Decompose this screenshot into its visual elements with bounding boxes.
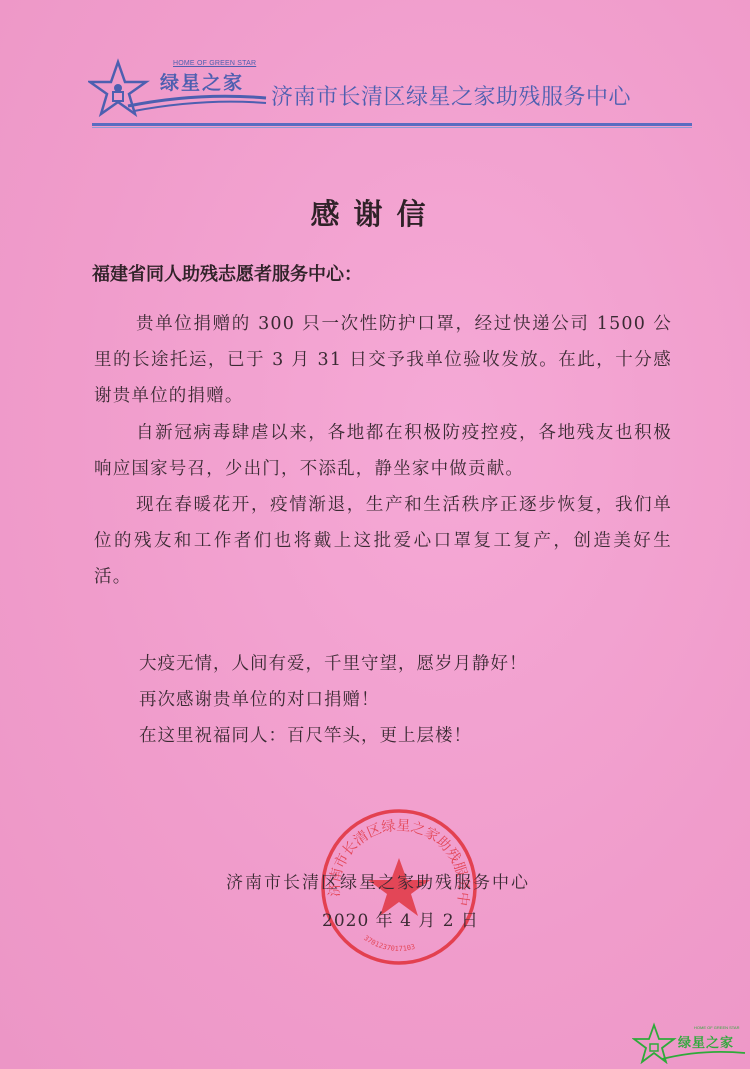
signature-date: 2020 年 4 月 2 日 [322,906,479,931]
watermark-swoosh-icon [632,1022,747,1064]
signature-organization: 济南市长清区绿星之家助残服务中心 [226,868,530,893]
closing-line: 大疫无情，人间有爱，千里守望，愿岁月静好！ [139,646,528,682]
paragraph: 贵单位捐赠的 300 只一次性防护口罩，经过快递公司 1500 公里的长途托运，… [94,306,672,415]
paragraph: 现在春暖花开，疫情渐退，生产和生活秩序正逐步恢复，我们单位的残友和工作者们也将戴… [94,487,672,596]
letterhead: HOME OF GREEN STAR 绿星之家 济南市长清区绿星之家助残服务中心 [88,58,698,130]
paragraph: 自新冠病毒肆虐以来，各地都在积极防疫控疫，各地残友也积极响应国家号召，少出门，不… [94,415,672,487]
letter-body: 贵单位捐赠的 300 只一次性防护口罩，经过快递公司 1500 公里的长途托运，… [94,306,672,596]
organization-title: 济南市长清区绿星之家助残服务中心 [271,80,631,111]
salutation: 福建省同人助残志愿者服务中心： [92,260,362,286]
watermark-logo: HOME OF GREEN STAR 绿星之家 [632,1022,747,1064]
header-divider-thin [92,127,692,128]
header-divider [92,123,692,126]
swoosh-icon [88,58,268,118]
closing-lines: 大疫无情，人间有爱，千里守望，愿岁月静好！ 再次感谢贵单位的对口捐赠！ 在这里祝… [139,646,528,754]
closing-line: 再次感谢贵单位的对口捐赠！ [139,682,528,718]
svg-text:3701237017103: 3701237017103 [362,934,416,953]
green-star-logo: HOME OF GREEN STAR 绿星之家 [88,58,268,118]
letter-title: 感谢信 [0,192,750,233]
seal-number: 3701237017103 [362,934,416,953]
closing-line: 在这里祝福同人：百尺竿头，更上层楼！ [139,718,528,754]
